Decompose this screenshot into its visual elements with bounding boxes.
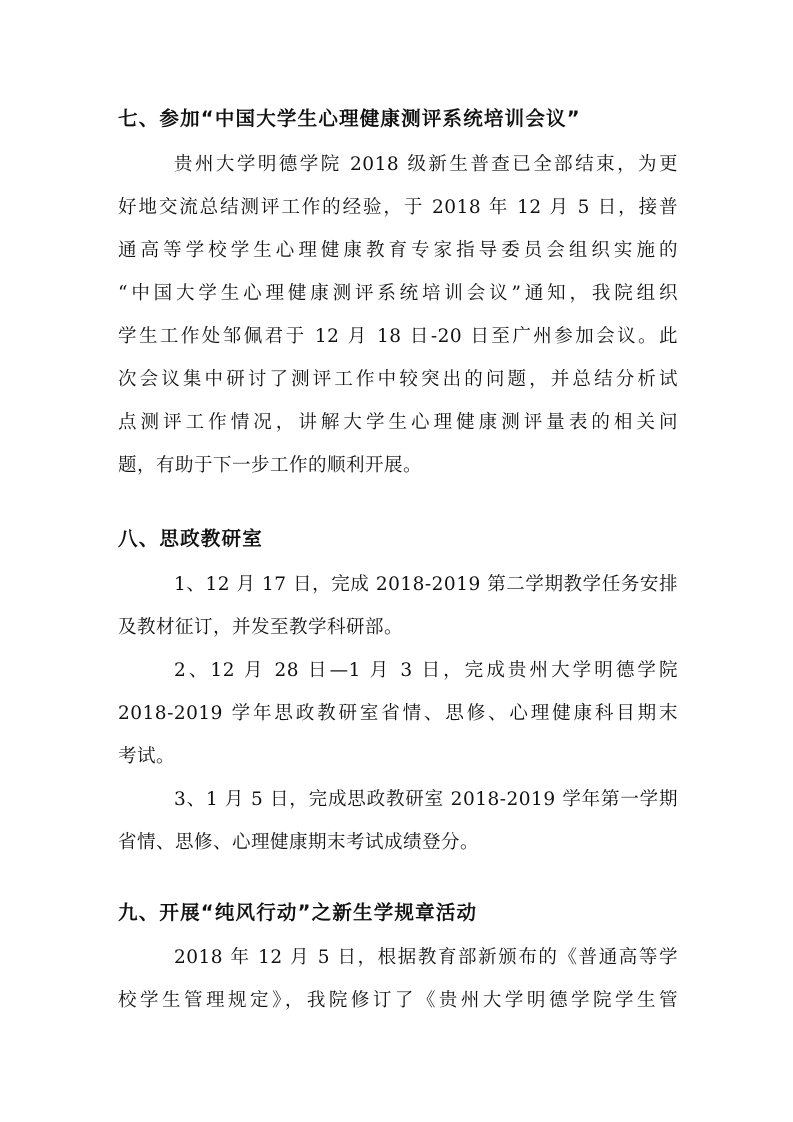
section-heading-9: 九、开展“纯风行动”之新生学规章活动: [118, 897, 477, 925]
list-item-line: 1、12 月 17 日，完成 2018-2019 第二学期教学任务安排: [174, 570, 678, 596]
paragraph-line: 校学生管理规定》，我院修订了《贵州大学明德学院学生管: [118, 986, 678, 1012]
paragraph-line: 题，有助于下一步工作的顺利开展。: [118, 451, 678, 477]
paragraph-line: 点测评工作情况，讲解大学生心理健康测评量表的相关问: [118, 408, 678, 434]
list-item-line: 3、1 月 5 日，完成思政教研室 2018-2019 学年第一学期: [174, 785, 678, 811]
section-heading-7: 七、参加“中国大学生心理健康测评系统培训会议”: [118, 103, 581, 131]
paragraph-line: 次会议集中研讨了测评工作中较突出的问题，并总结分析试: [118, 365, 678, 391]
list-item-line: 考试。: [118, 742, 678, 768]
list-item-line: 2、12 月 28 日—1 月 3 日，完成贵州大学明德学院: [174, 656, 678, 682]
paragraph-line: 贵州大学明德学院 2018 级新生普查已全部结束，为更: [174, 150, 678, 176]
paragraph-line: 好地交流总结测评工作的经验，于 2018 年 12 月 5 日，接普: [118, 193, 678, 219]
paragraph-line: 通高等学校学生心理健康教育专家指导委员会组织实施的: [118, 236, 678, 262]
paragraph-line: 学生工作处邹佩君于 12 月 18 日-20 日至广州参加会议。此: [118, 322, 678, 348]
paragraph-line: “中国大学生心理健康测评系统培训会议”通知，我院组织: [118, 279, 678, 305]
paragraph-line: 2018 年 12 月 5 日，根据教育部新颁布的《普通高等学: [174, 943, 678, 969]
section-heading-8: 八、思政教研室: [118, 523, 263, 551]
list-item-line: 2018-2019 学年思政教研室省情、思修、心理健康科目期末: [118, 699, 678, 725]
list-item-line: 及教材征订，并发至教学科研部。: [118, 613, 678, 639]
list-item-line: 省情、思修、心理健康期末考试成绩登分。: [118, 828, 678, 854]
